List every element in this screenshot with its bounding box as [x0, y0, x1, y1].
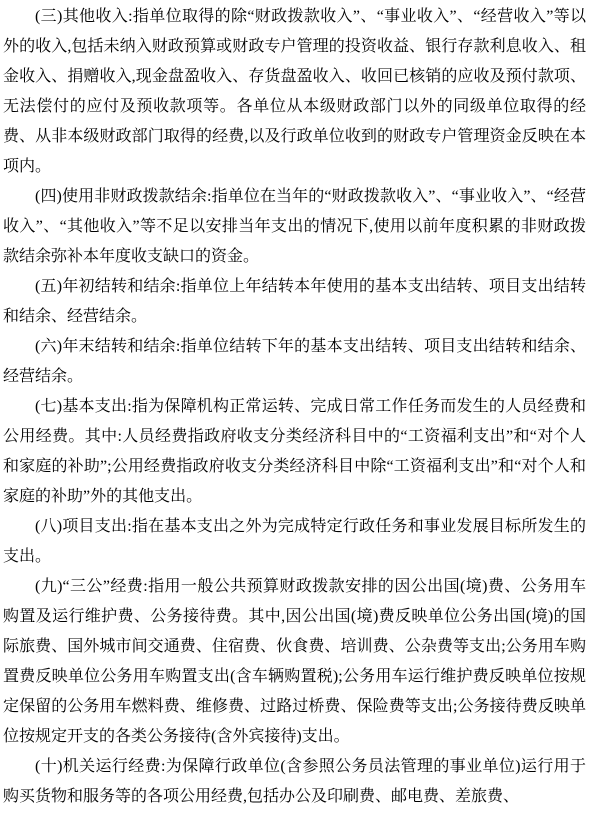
paragraph-10-agency-operating-funds: (十)机关运行经费:为保障行政单位(含参照公务员法管理的事业单位)运行用于购买货…	[3, 752, 586, 812]
document-body: (三)其他收入:指单位取得的除“财政拨款收入”、“事业收入”、“经营收入”等以外…	[3, 2, 586, 812]
paragraph-9-three-public-expenses: (九)“三公”经费:指用一般公共预算财政拨款安排的因公出国(境)费、公务用车购置…	[3, 572, 586, 752]
paragraph-5-beginning-year-carryover-and-balance: (五)年初结转和结余:指单位上年结转本年使用的基本支出结转、项目支出结转和结余、…	[3, 272, 586, 332]
paragraph-3-other-income: (三)其他收入:指单位取得的除“财政拨款收入”、“事业收入”、“经营收入”等以外…	[3, 2, 586, 182]
document-page: { "colors": { "background": "#ffffff", "…	[0, 0, 589, 839]
page: (三)其他收入:指单位取得的除“财政拨款收入”、“事业收入”、“经营收入”等以外…	[0, 0, 589, 839]
paragraph-7-basic-expenditure: (七)基本支出:指为保障机构正常运转、完成日常工作任务而发生的人员经费和公用经费…	[3, 392, 586, 512]
paragraph-6-year-end-carryover-and-balance: (六)年末结转和结余:指单位结转下年的基本支出结转、项目支出结转和结余、经营结余…	[3, 332, 586, 392]
paragraph-4-use-of-non-fiscal-appropriation-balance: (四)使用非财政拨款结余:指单位在当年的“财政拨款收入”、“事业收入”、“经营收…	[3, 182, 586, 272]
paragraph-8-project-expenditure: (八)项目支出:指在基本支出之外为完成特定行政任务和事业发展目标所发生的支出。	[3, 512, 586, 572]
